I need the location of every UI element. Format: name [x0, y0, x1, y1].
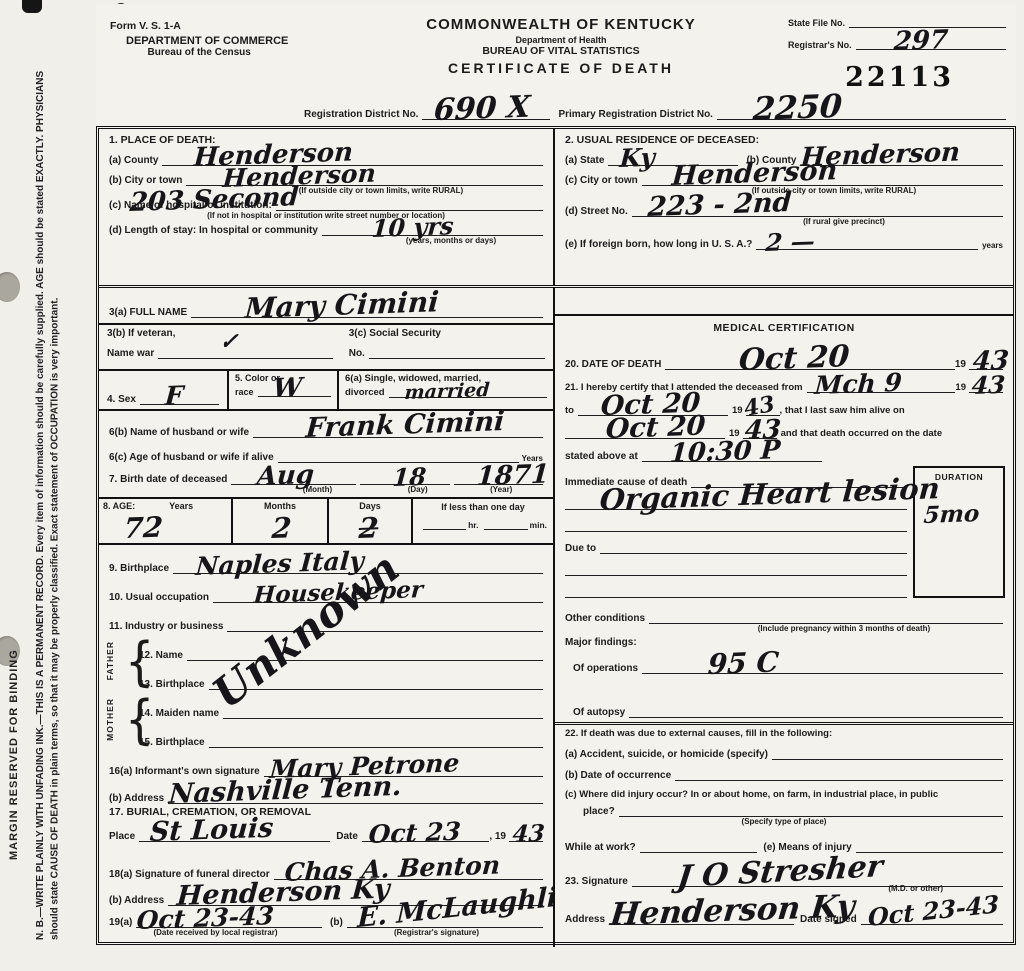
sex-line: F — [140, 391, 219, 405]
sex-cell: 4. Sex F — [99, 371, 227, 409]
physician-address-value: Henderson Ky — [609, 893, 856, 928]
spouse-row: 6(b) Name of husband or wife Frank Cimin… — [99, 411, 553, 438]
burial-place-value: St Louis — [149, 818, 274, 845]
pod-stay-label: (d) Length of stay: In hospital or commu… — [109, 225, 318, 236]
state-file-label: State File No. — [788, 18, 845, 28]
of-autopsy-label: Of autopsy — [573, 707, 625, 718]
mother-group: MOTHER { 14. Maiden name 15. Birthplace — [99, 690, 553, 748]
reg-district-label: Registration District No. — [304, 109, 418, 120]
min-label: min. — [530, 520, 547, 530]
burial-year-prefix: , 19 — [489, 831, 506, 842]
res-city-value: Henderson — [671, 160, 838, 189]
margin-nb-text: N. B.—WRITE PLAINLY WITH UNFADING INK.—T… — [34, 60, 94, 940]
primary-district-line: 2250 — [717, 106, 1006, 120]
hr-label: hr. — [468, 520, 478, 530]
cause-line-3 — [565, 518, 907, 532]
registrar-signature-block: (b) E. McLaughlin (Registrar's signature… — [330, 906, 543, 937]
informant-address-label: (b) Address — [109, 793, 164, 804]
burial-year-line: 43 — [509, 828, 543, 842]
time-of-death-line: 10:30 P — [642, 448, 823, 462]
while-at-work-line — [640, 839, 758, 853]
date-of-death-label: 20. DATE OF DEATH — [565, 359, 661, 370]
reg-district-line: 690 X — [422, 106, 550, 120]
external-c-hint: (Specify type of place) — [565, 817, 1003, 826]
from-year-line: 43 — [969, 379, 1003, 393]
registrars-no-label: Registrar's No. — [788, 40, 852, 50]
cause-duration-value: 5mo — [923, 504, 980, 526]
stated-above-label: stated above at — [565, 451, 638, 462]
due-to-line-2 — [565, 562, 907, 576]
certificate-title: CERTIFICATE OF DEATH — [351, 60, 771, 76]
race-value: W — [272, 377, 303, 400]
attended-from-value: Mch 9 — [814, 372, 903, 396]
registrar-sig-label: (b) — [330, 917, 343, 928]
mother-birthplace-line — [209, 734, 543, 748]
veteran-line: ✓ — [158, 345, 332, 359]
date-of-death-row: 20. DATE OF DEATH Oct 20 19 43 — [555, 342, 1013, 370]
due-to-line — [600, 540, 907, 554]
birth-year-line: 1871 — [454, 471, 543, 485]
external-a-line — [772, 746, 1003, 760]
commonwealth-title: COMMONWEALTH OF KENTUCKY — [351, 16, 771, 33]
external-b-label: (b) Date of occurrence — [565, 770, 671, 781]
certify-text-3: and that death occurred on the date — [781, 428, 943, 439]
physician-signature-line: J O Stresher — [632, 873, 1003, 887]
header-right: State File No. Registrar's No. 297 — [788, 14, 1006, 58]
date-of-death-value: Oct 20 — [738, 344, 850, 373]
min-line — [484, 516, 527, 530]
ssn-label2: No. — [349, 348, 365, 359]
age-row: 8. AGE: Years 72 Months 2 Days — [99, 499, 553, 545]
header-center: COMMONWEALTH OF KENTUCKY Department of H… — [351, 16, 771, 76]
birth-day-line: 18 — [360, 471, 449, 485]
scanned-paper: MARGIN RESERVED FOR BINDING N. B.—WRITE … — [0, 0, 1024, 971]
age-years-value: 72 — [123, 516, 164, 541]
from-year-prefix: 19 — [955, 382, 966, 393]
pod-stay-value: 10 yrs — [371, 216, 454, 239]
cause-of-death-block: DURATION 5mo Immediate cause of death Or… — [555, 462, 1013, 633]
form-number: Form V. S. 1-A — [110, 20, 288, 32]
hr-line — [423, 516, 466, 530]
race-cell: 5. Color or race W — [227, 371, 337, 409]
physician-address-label: Address — [565, 914, 605, 925]
top-sections: 1. PLACE OF DEATH: (a) County Henderson … — [99, 129, 1013, 288]
less-than-day-label: If less than one day — [419, 502, 547, 512]
findings-block: Major findings: Of operations 95 C Of au… — [555, 633, 1013, 725]
full-name-line: Mary Cimini — [191, 304, 543, 318]
other-conditions-label: Other conditions — [565, 613, 645, 624]
birth-year-value: 1871 — [476, 463, 550, 488]
date-received-line: Oct 23-43 — [136, 914, 322, 928]
primary-district-value: 2250 — [752, 93, 843, 123]
res-street-label: (d) Street No. — [565, 206, 628, 217]
res-state-value: Ky — [619, 146, 656, 169]
pod-county-label: (a) County — [109, 155, 158, 166]
ssn-line — [369, 345, 545, 359]
informant-address-row: (b) Address Nashville Tenn. — [99, 777, 553, 804]
spacer-strip — [555, 288, 1013, 316]
birthplace-row: 9. Birthplace Naples Italy — [99, 545, 553, 574]
date-of-death-line: Oct 20 — [665, 356, 955, 370]
while-at-work-label: While at work? — [565, 842, 636, 853]
from-year-value: 43 — [971, 374, 1006, 396]
department-label: DEPARTMENT OF COMMERCE — [126, 35, 288, 47]
burial-date-label: Date — [336, 831, 358, 842]
burial-date-line: Oct 23 — [362, 828, 489, 842]
res-city-label: (c) City or town — [565, 175, 638, 186]
certify-text-2: , that I last saw him alive on — [780, 405, 905, 416]
date-signed-line: Oct 23-43 — [861, 911, 1003, 925]
spouse-age-label: 6(c) Age of husband or wife if alive — [109, 452, 274, 463]
pod-stay-line: 10 yrs — [322, 222, 543, 236]
registrars-no-line: 297 — [856, 36, 1006, 50]
burial-year-value: 43 — [512, 824, 545, 845]
age-years-label: Years — [169, 501, 193, 511]
age-years-cell: 8. AGE: Years 72 — [99, 499, 231, 543]
age-label: 8. AGE: — [103, 501, 135, 511]
res-foreign-line: 2 — — [756, 236, 978, 250]
file-number-stamp: 22113 — [845, 62, 954, 93]
medical-column: MEDICAL CERTIFICATION 20. DATE OF DEATH … — [555, 288, 1013, 947]
ssn-label: 3(c) Social Security — [349, 328, 545, 339]
external-title: 22. If death was due to external causes,… — [565, 728, 1003, 739]
birth-date-label: 7. Birth date of deceased — [109, 474, 227, 485]
father-birthplace-row: 13. Birthplace — [139, 661, 543, 690]
date-received-value: Oct 23-43 — [136, 905, 275, 931]
age-days-label: Days — [359, 501, 381, 511]
personal-column: 3(a) FULL NAME Mary Cimini 3(b) If veter… — [99, 288, 555, 947]
major-findings-label: Major findings: — [565, 637, 1003, 648]
registrar-row: 19(a) Oct 23-43 (Date received by local … — [99, 906, 553, 946]
age-months-label: Months — [264, 501, 296, 511]
less-than-day-cell: If less than one day hr. min. — [411, 499, 553, 543]
age-months-cell: Months 2 — [231, 499, 327, 543]
res-street-value: 223 - 2nd — [647, 192, 792, 220]
veteran-checkmark: ✓ — [219, 333, 239, 352]
veteran-label2: Name war — [107, 348, 154, 359]
full-name-label: 3(a) FULL NAME — [109, 307, 187, 318]
ssn-block: 3(c) Social Security No. — [341, 325, 553, 369]
form-body: 1. PLACE OF DEATH: (a) County Henderson … — [96, 126, 1016, 945]
father-name-row: 12. Name — [139, 632, 543, 661]
physician-signature-value: J O Stresher — [676, 854, 884, 890]
due-to-line-3 — [565, 584, 907, 598]
dept-health: Department of Health — [351, 35, 771, 45]
burial-place-label: Place — [109, 831, 135, 842]
veteran-ssn-row: 3(b) If veteran, Name war ✓ 3(c) Social … — [99, 325, 553, 371]
registrar-sig-line: E. McLaughlin — [347, 914, 543, 928]
marital-cell: 6(a) Single, widowed, married, divorced … — [337, 371, 553, 409]
external-causes-block: 22. If death was due to external causes,… — [555, 725, 1013, 853]
to-label: to — [565, 405, 574, 416]
mother-birthplace-row: 15. Birthplace — [139, 719, 543, 748]
race-label2: race — [235, 387, 254, 397]
death-certificate-form: Form V. S. 1-A DEPARTMENT OF COMMERCE Bu… — [96, 4, 1016, 945]
informant-label: 16(a) Informant's own signature — [109, 766, 260, 777]
registration-district-row: Registration District No. 690 X Primary … — [304, 106, 1006, 120]
mother-group-label: MOTHER — [105, 698, 115, 741]
pod-hospital-value: 203 Second — [129, 186, 299, 214]
bureau-label: Bureau of the Census — [110, 47, 288, 58]
physician-signature-row: 23. Signature J O Stresher (M.D. or othe… — [555, 853, 1013, 887]
spouse-label: 6(b) Name of husband or wife — [109, 427, 249, 438]
external-c-label: (c) Where did injury occur? In or about … — [565, 789, 938, 800]
sex-value: F — [164, 385, 184, 408]
of-autopsy-line — [629, 704, 1003, 718]
informant-address-line: Nashville Tenn. — [168, 790, 543, 804]
veteran-block: 3(b) If veteran, Name war ✓ — [99, 325, 341, 369]
pod-hospital-line: 203 Second — [276, 197, 543, 211]
registrars-no-value: 297 — [893, 29, 949, 53]
birth-date-row: 7. Birth date of deceased Aug 18 1871 — [99, 463, 553, 499]
binder-hole — [0, 272, 20, 302]
margin-binding-text: MARGIN RESERVED FOR BINDING — [8, 420, 20, 860]
birth-day-value: 18 — [392, 466, 427, 488]
reg-district-value: 690 X — [433, 94, 531, 123]
physician-signature-label: 23. Signature — [565, 876, 628, 887]
external-c-line — [619, 803, 1003, 817]
dod-year-prefix: 19 — [955, 359, 966, 370]
sex-label: 4. Sex — [107, 394, 136, 405]
spouse-value: Frank Cimini — [305, 411, 505, 441]
res-foreign-unit: years — [982, 241, 1003, 250]
external-a-label: (a) Accident, suicide, or homicide (spec… — [565, 749, 768, 760]
other-conditions-hint: (Include pregnancy within 3 months of de… — [685, 624, 1003, 633]
father-brace: { — [125, 628, 139, 695]
date-received-block: 19(a) Oct 23-43 (Date received by local … — [109, 906, 322, 937]
sex-race-marital-row: 4. Sex F 5. Color or race W — [99, 371, 553, 411]
date-signed-value: Oct 23-43 — [868, 894, 999, 928]
full-name-row: 3(a) FULL NAME Mary Cimini — [99, 288, 553, 325]
spouse-line: Frank Cimini — [253, 424, 543, 438]
father-group-label: FATHER — [105, 641, 115, 680]
res-foreign-value: 2 — — [765, 231, 815, 253]
primary-district-label: Primary Registration District No. — [558, 109, 712, 120]
birth-month-line: Aug — [231, 471, 356, 485]
other-conditions-line — [649, 610, 1003, 624]
header-left: Form V. S. 1-A DEPARTMENT OF COMMERCE Bu… — [110, 20, 288, 58]
to-year-prefix: 19 — [732, 405, 743, 416]
burial-place-line: St Louis — [139, 828, 330, 842]
birthplace-label: 9. Birthplace — [109, 563, 169, 574]
time-of-death-value: 10:30 P — [669, 439, 781, 465]
place-of-death-section: 1. PLACE OF DEATH: (a) County Henderson … — [99, 129, 555, 285]
scan-artifact — [22, 0, 42, 13]
res-foreign-label: (e) If foreign born, how long in U. S. A… — [565, 239, 752, 250]
marital-value: married — [404, 382, 490, 401]
form-header: Form V. S. 1-A DEPARTMENT OF COMMERCE Bu… — [96, 4, 1016, 126]
main-columns: 3(a) FULL NAME Mary Cimini 3(b) If veter… — [99, 288, 1013, 947]
medical-certification-title: MEDICAL CERTIFICATION — [555, 316, 1013, 342]
age-months-value: 2 — [271, 516, 292, 541]
certify-block: 21. I hereby certify that I attended the… — [555, 370, 1013, 462]
age-days-value: 2 — [358, 516, 379, 541]
immediate-cause-value: Organic Heart lesion — [599, 476, 941, 513]
external-b-line — [675, 767, 1003, 781]
mother-maiden-line — [223, 705, 543, 719]
full-name-value: Mary Cimini — [244, 290, 440, 321]
mother-maiden-row: 14. Maiden name — [139, 690, 543, 719]
of-operations-value: 95 C — [707, 651, 780, 677]
mother-brace: { — [125, 686, 139, 753]
cause-line-2: Organic Heart lesion — [565, 496, 907, 510]
external-c-label2: place? — [583, 806, 615, 817]
physician-address-row: Address Henderson Ky Date signed Oct 23-… — [555, 887, 1013, 931]
due-to-label: Due to — [565, 543, 596, 554]
res-city-line: Henderson — [642, 172, 1003, 186]
physician-address-line: Henderson Ky — [609, 911, 794, 925]
burial-section: 17. BURIAL, CREMATION, OR REMOVAL Place … — [99, 804, 553, 850]
attended-from-line: Mch 9 — [807, 379, 956, 393]
of-operations-label: Of operations — [573, 663, 638, 674]
res-state-label: (a) State — [565, 155, 604, 166]
bureau-vital-statistics: BUREAU OF VITAL STATISTICS — [351, 45, 771, 57]
md-or-other-hint: (M.D. or other) — [888, 884, 943, 893]
burial-date-value: Oct 23 — [368, 820, 461, 845]
date-received-label: 19(a) — [109, 917, 132, 928]
occupation-label: 10. Usual occupation — [109, 592, 209, 603]
dod-year-line: 43 — [969, 356, 1003, 370]
birth-month-value: Aug — [256, 464, 315, 488]
usual-residence-section: 2. USUAL RESIDENCE OF DECEASED: (a) Stat… — [555, 129, 1013, 285]
marital-label2: divorced — [345, 387, 385, 398]
informant-address-value: Nashville Tenn. — [168, 776, 402, 807]
age-days-cell: Days 2 — [327, 499, 411, 543]
res-street-line: 223 - 2nd — [632, 203, 1003, 217]
race-line: W — [258, 383, 331, 397]
pod-city-label: (b) City or town — [109, 175, 182, 186]
marital-line: married — [389, 384, 547, 398]
of-operations-line: 95 C — [642, 660, 1003, 674]
